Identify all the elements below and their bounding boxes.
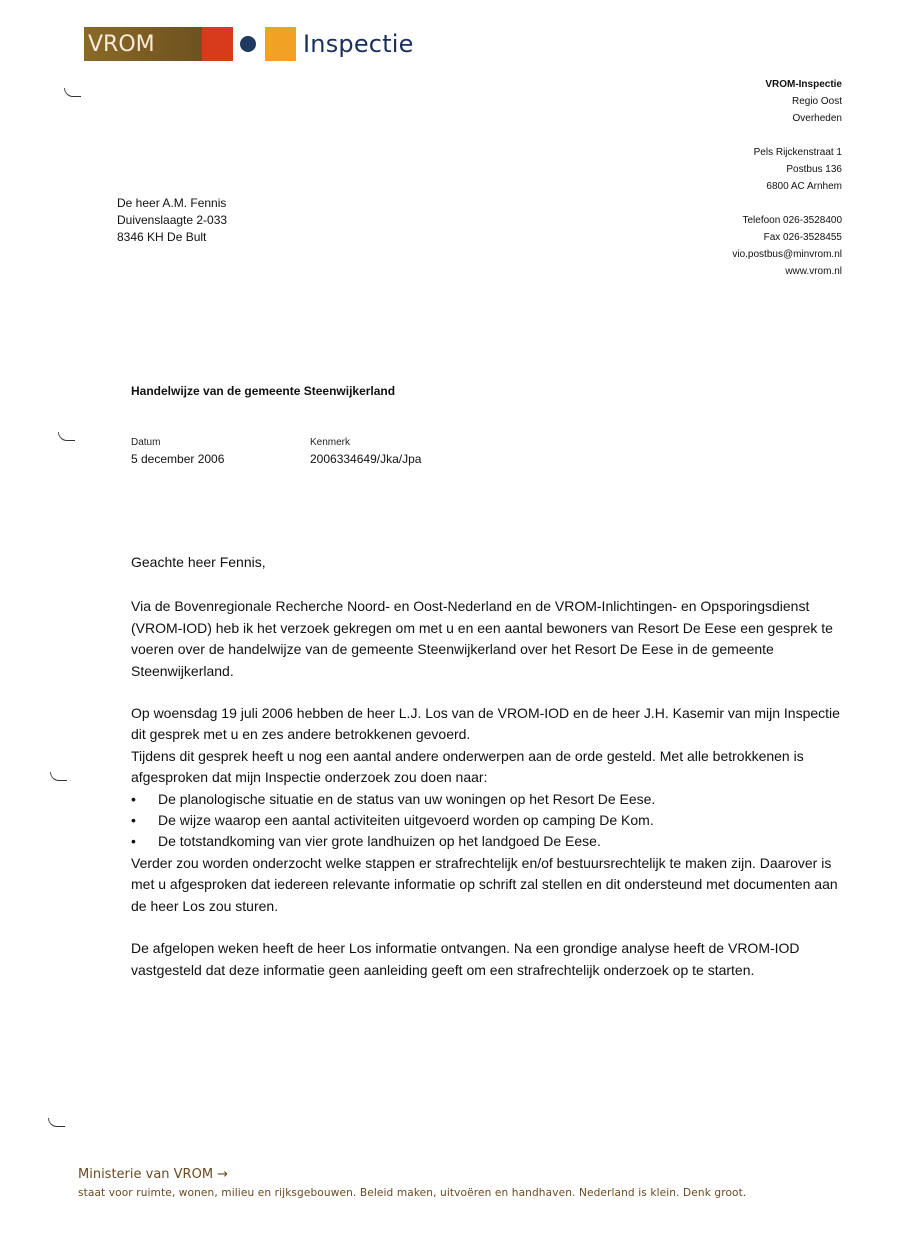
fold-mark (48, 1118, 65, 1127)
letter-body: Geachte heer Fennis, Via de Bovenregiona… (131, 552, 843, 981)
fold-mark (64, 88, 81, 97)
recipient-street: Duivenslaagte 2-033 (117, 212, 227, 229)
salutation: Geachte heer Fennis, (131, 552, 843, 573)
paragraph-2a: Op woensdag 19 juli 2006 hebben de heer … (131, 703, 843, 746)
recipient-address-block: De heer A.M. Fennis Duivenslaagte 2-033 … (117, 195, 227, 246)
sender-phone: Telefoon 026-3528400 (732, 212, 842, 229)
sender-department: Overheden (732, 110, 842, 127)
sender-email: vio.postbus@minvrom.nl (732, 246, 842, 263)
sender-street: Pels Rijckenstraat 1 (732, 144, 842, 161)
kenmerk-value: 2006334649/Jka/Jpa (310, 452, 421, 466)
kenmerk-field: Kenmerk 2006334649/Jka/Jpa (310, 437, 421, 466)
footer-ministry-title: Ministerie van VROM → (78, 1167, 228, 1182)
logo-wordmark: VROM (84, 27, 202, 61)
letter-subject: Handelwijze van de gemeente Steenwijkerl… (131, 384, 395, 398)
list-item: De planologische situatie en de status v… (131, 789, 843, 810)
paragraph-2c: Verder zou worden onderzocht welke stapp… (131, 853, 843, 917)
sender-city: 6800 AC Arnhem (732, 178, 842, 195)
recipient-city: 8346 KH De Bult (117, 229, 227, 246)
paragraph-2b: Tijdens dit gesprek heeft u nog een aant… (131, 746, 843, 789)
paragraph-1: Via de Bovenregionale Recherche Noord- e… (131, 596, 843, 682)
list-item: De wijze waarop een aantal activiteiten … (131, 810, 843, 831)
sender-fax: Fax 026-3528455 (732, 229, 842, 246)
sender-organization: VROM-Inspectie (732, 76, 842, 93)
fold-mark (58, 432, 75, 441)
sender-postbus: Postbus 136 (732, 161, 842, 178)
paragraph-3: De afgelopen weken heeft de heer Los inf… (131, 938, 843, 981)
datum-value: 5 december 2006 (131, 452, 224, 466)
list-item: De totstandkoming van vier grote landhui… (131, 831, 843, 852)
logo-orange-block (265, 27, 296, 61)
fold-mark (50, 772, 67, 781)
footer-slogan: staat voor ruimte, wonen, milieu en rijk… (78, 1187, 746, 1199)
logo-suffix: Inspectie (303, 30, 414, 58)
logo-red-block (202, 27, 233, 61)
vrom-inspectie-logo: VROM Inspectie (84, 27, 414, 61)
datum-field: Datum 5 december 2006 (131, 437, 224, 466)
logo-blue-dot (240, 36, 256, 52)
kenmerk-label: Kenmerk (310, 437, 421, 448)
datum-label: Datum (131, 437, 224, 448)
recipient-name: De heer A.M. Fennis (117, 195, 227, 212)
sender-website: www.vrom.nl (732, 263, 842, 280)
investigation-topics-list: De planologische situatie en de status v… (131, 789, 843, 853)
sender-region: Regio Oost (732, 93, 842, 110)
sender-address-block: VROM-Inspectie Regio Oost Overheden Pels… (732, 76, 842, 280)
